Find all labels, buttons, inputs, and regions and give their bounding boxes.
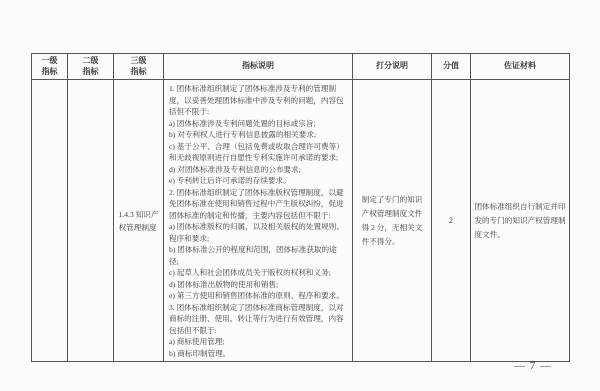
header-level3-indicator: 三级 指标 (114, 54, 164, 79)
scoring-description-text: 制定了专门的知识 产权管理制度文件 得 2 分，无相关文 件不得分。 (358, 193, 427, 249)
evaluation-table: 一级 指标 二级 指标 三级 指标 指标说明 打分说明 分值 佐证材料 1.4.… (31, 53, 570, 362)
score-value-text: 2 (449, 216, 453, 225)
cell-score-value: 2 (432, 80, 471, 361)
cell-evidence-material: 团体标准组织自行制定并印 发的专门的知识产权管理制 度文件。 (471, 80, 569, 361)
header-score-value: 分值 (432, 54, 471, 79)
header-indicator-description: 指标说明 (164, 54, 353, 79)
header-evidence-material: 佐证材料 (471, 54, 569, 79)
page-number: — 7 — (498, 360, 568, 372)
evidence-material-text: 团体标准组织自行制定并印 发的专门的知识产权管理制 度文件。 (471, 200, 568, 242)
cell-level3-indicator: 1.4.3 知识产 权管理制度 (114, 80, 164, 361)
cell-indicator-description: 1. 团体标准组织制定了团体标准涉及专利的管理制 度，以妥善处理团体标准中涉及专… (164, 80, 353, 361)
indicator-description-text: 1. 团体标准组织制定了团体标准涉及专利的管理制 度，以妥善处理团体标准中涉及专… (164, 80, 352, 359)
cell-level2-indicator (68, 80, 114, 361)
header-level2-indicator: 二级 指标 (68, 54, 114, 79)
header-level1-indicator: 一级 指标 (32, 54, 68, 79)
table-body-row: 1.4.3 知识产 权管理制度 1. 团体标准组织制定了团体标准涉及专利的管理制… (32, 80, 569, 361)
cell-scoring-description: 制定了专门的知识 产权管理制度文件 得 2 分，无相关文 件不得分。 (353, 80, 432, 361)
header-scoring-description: 打分说明 (353, 54, 432, 79)
cell-level1-indicator (32, 80, 68, 361)
level3-indicator-text: 1.4.3 知识产 权管理制度 (117, 208, 161, 234)
table-header-row: 一级 指标 二级 指标 三级 指标 指标说明 打分说明 分值 佐证材料 (32, 54, 569, 80)
